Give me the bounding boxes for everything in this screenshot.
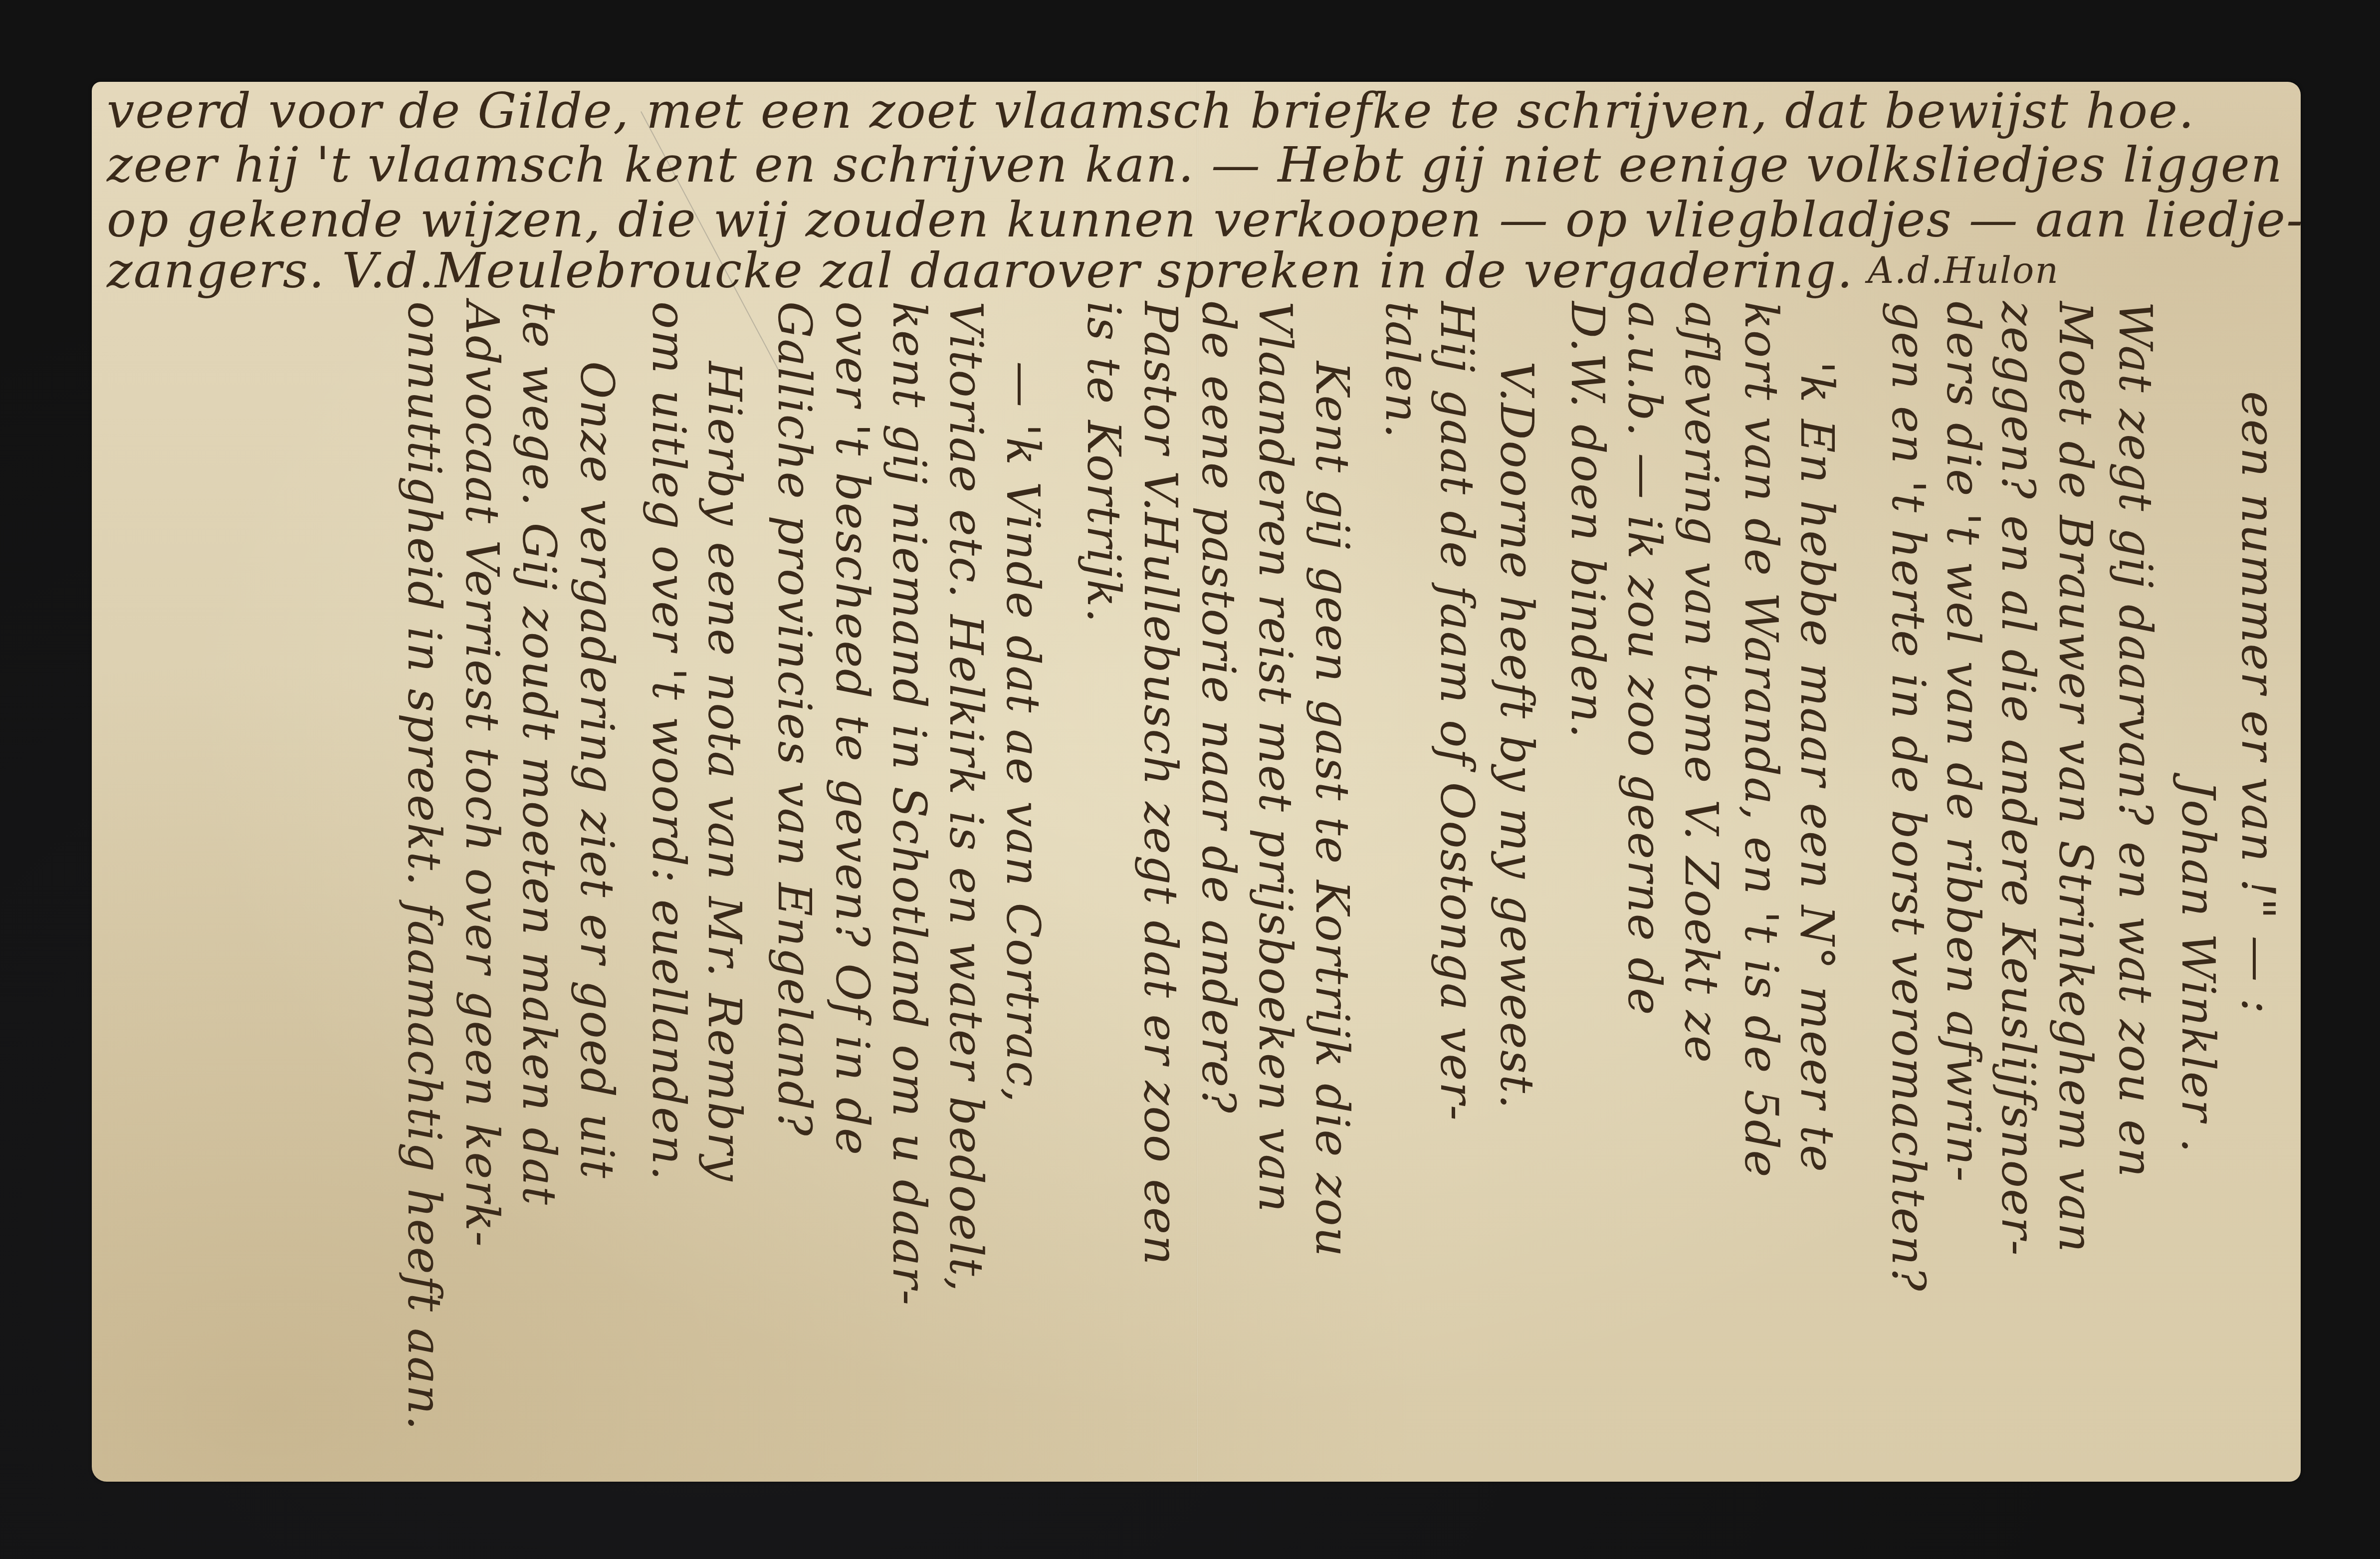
vertical-line-17: Vlaanderen reist met prijsboeken van	[1252, 301, 1298, 1213]
vertical-line-8: 'k En hebbe maar een N° meer te	[1794, 361, 1840, 1173]
vertical-line-21: — 'k Vinde dat ae van Cortrac,	[1000, 361, 1046, 1104]
vertical-line-15: talen.	[1379, 301, 1425, 439]
vertical-line-4: Moet de Brauwer van Strinkeghem van	[2052, 301, 2098, 1253]
vertical-line-9: kort van de Waranda, en 't is de 5de	[1738, 301, 1784, 1178]
text-line-3: op gekende wijzen, die wij zouden kunnen…	[107, 196, 2301, 244]
vertical-line-31: onnuttigheid in spreekt. faamachtig heef…	[401, 301, 447, 1431]
vertical-line-23: kent gij niemand in Schotland om u daar-	[886, 301, 932, 1306]
vertical-line-2: Johan Winkler .	[2175, 780, 2221, 1154]
vertical-line-16: Kent gij geen gast te Kortrijk die zou	[1309, 361, 1355, 1258]
vertical-line-5: zeggen? en al die andere Keuslijfsnoer-	[1995, 301, 2041, 1257]
vertical-line-6: ders die 't wel van de ribben afwrin-	[1940, 301, 1986, 1183]
vertical-line-14: Hij gaat de faam of Oostonga ver-	[1434, 301, 1480, 1121]
vertical-line-29: te wege. Gij zoudt moeten maken dat	[516, 301, 562, 1206]
vertical-line-10: aflevering van tome V. Zoekt ze	[1678, 301, 1724, 1064]
text-line-4: zangers. V.d.Meulebroucke zal daarover s…	[107, 246, 1854, 295]
vertical-line-13: V.Doorne heeft by my geweest.	[1494, 361, 1539, 1110]
vertical-line-30: Advocaat Verriest toch over geen kerk-	[459, 301, 505, 1248]
text-line-1: veerd voor de Gilde, met een zoet vlaams…	[107, 87, 2195, 136]
vertical-line-3: Wat zegt gij daarvan? en wat zou en	[2112, 301, 2158, 1178]
vertical-line-1: een nummer er van !" — :	[2235, 391, 2281, 1015]
text-line-2: zeer hij 't vlaamsch kent en schrijven k…	[107, 141, 2283, 190]
vertical-line-12: D.W. doen binden.	[1564, 301, 1610, 739]
letter-paper: veerd voor de Gilde, met een zoet vlaams…	[92, 82, 2301, 1482]
vertical-line-18: de eene pastorie naar de andere?	[1195, 301, 1241, 1114]
vertical-line-25: Galliche provincies van Engeland?	[771, 301, 817, 1137]
signature: A.d.Hulon	[1868, 252, 2059, 288]
vertical-line-19: Pastor V.Hullebusch zegt dat er zoo een	[1137, 301, 1183, 1266]
vertical-line-11: a.u.b. — ik zou zoo geerne de	[1621, 301, 1667, 1016]
vertical-line-28: Onze vergadering ziet er goed uit	[574, 361, 620, 1179]
vertical-line-26: Hierby eene nota van Mr. Rembry	[701, 361, 747, 1182]
vertical-line-22: Vitoriae etc. Helkirk is en water bedoel…	[943, 301, 989, 1293]
vertical-line-20: is te Kortrijk.	[1081, 301, 1126, 624]
vertical-line-24: over 't bescheed te geven? Of in de	[829, 301, 875, 1156]
vertical-line-27: om uitleg over 't woord: euellanden.	[646, 301, 691, 1181]
scan-background: veerd voor de Gilde, met een zoet vlaams…	[0, 0, 2380, 1559]
vertical-line-7: gen en 't herte in de borst veromachten?	[1885, 301, 1931, 1292]
